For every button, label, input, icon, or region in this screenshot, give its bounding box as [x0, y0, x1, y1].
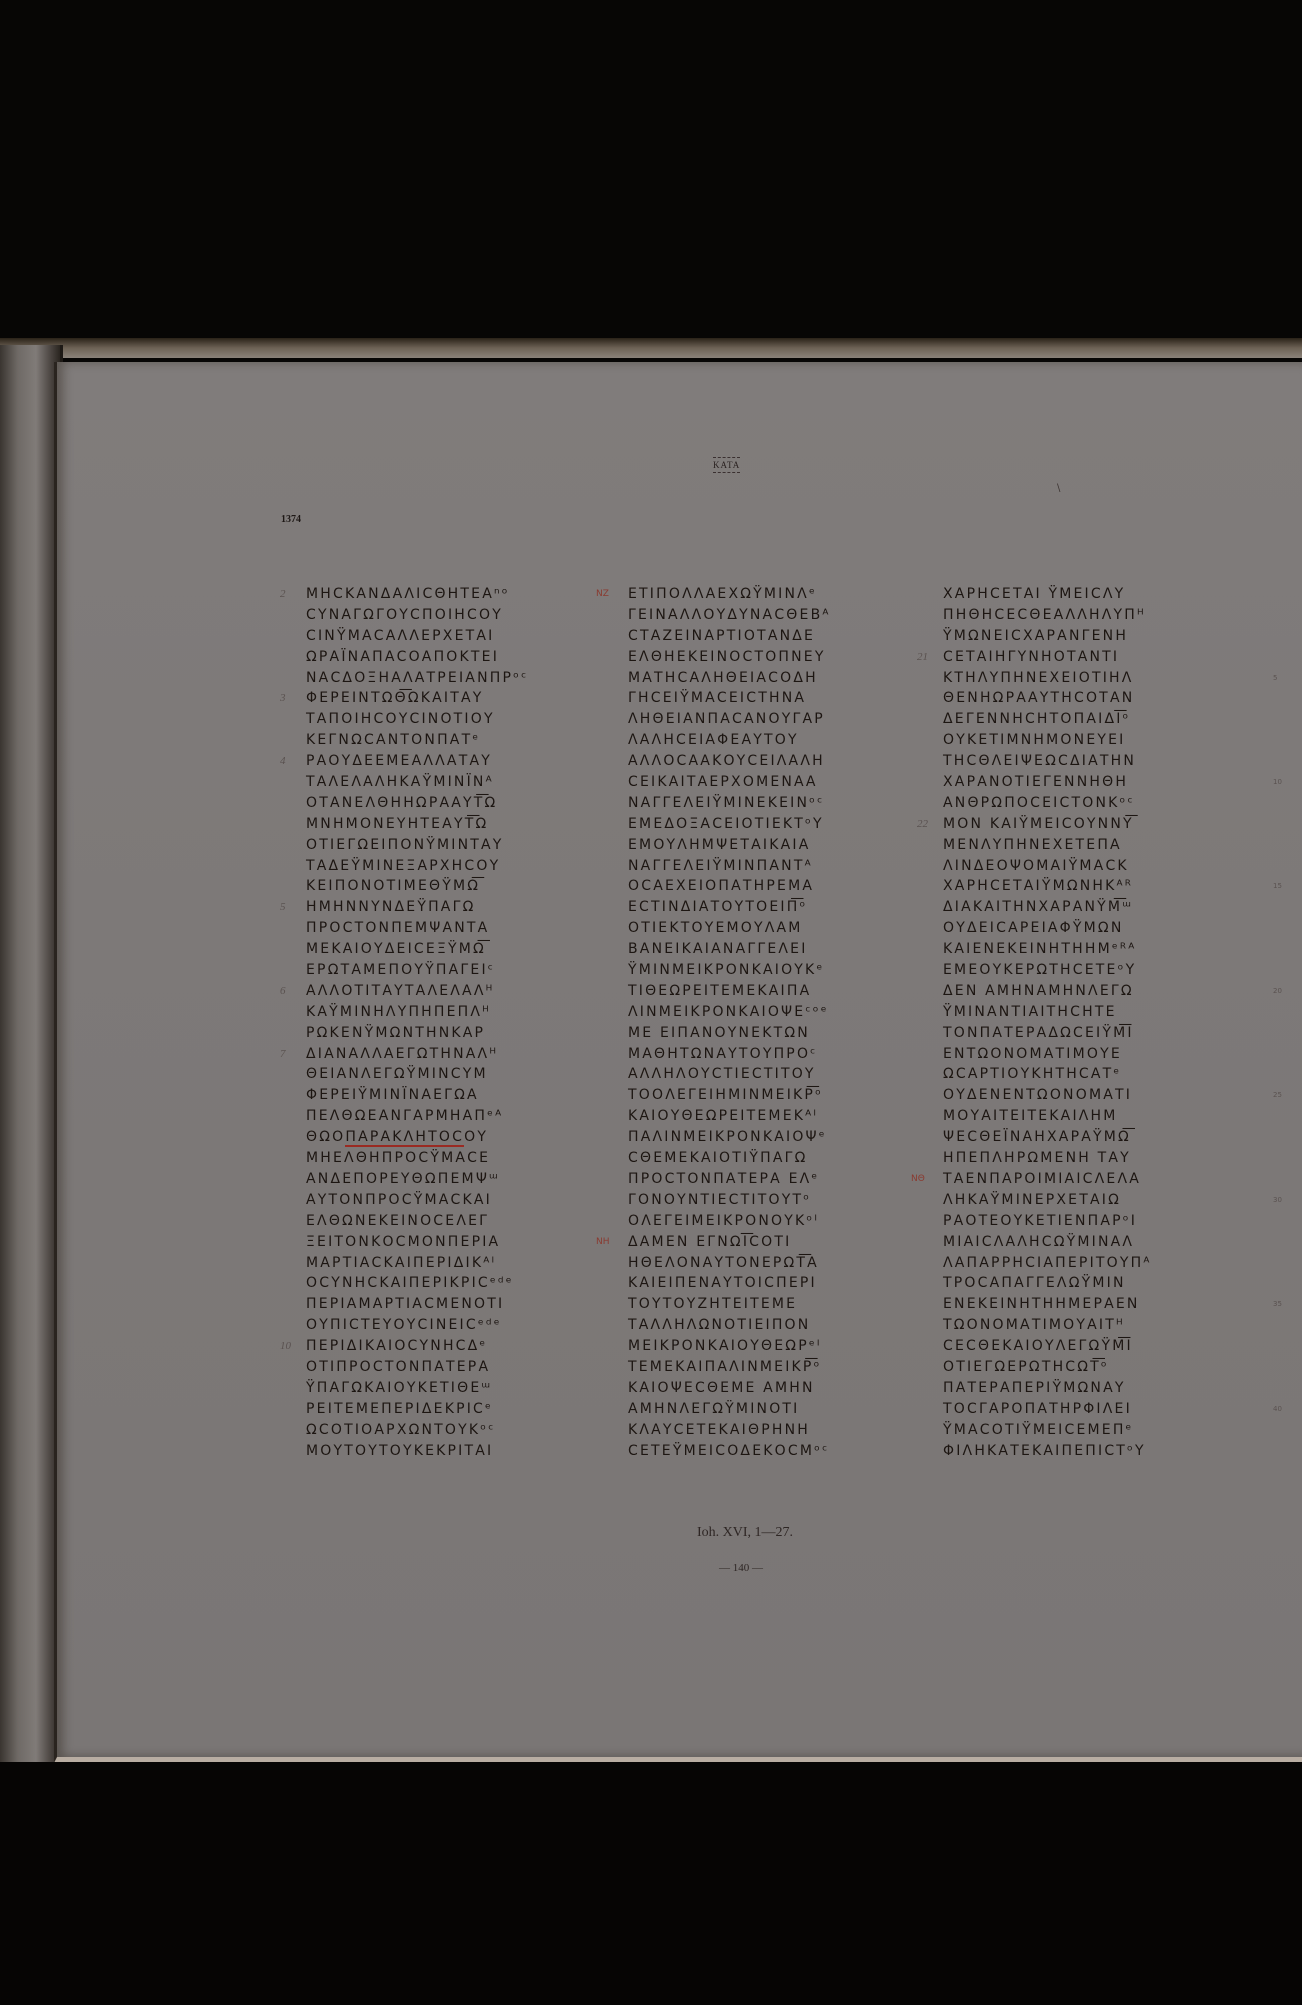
line-text: ΡΕΙΤΕΜΕΠΕΡΙΔΕΚΡΙϹᵉ	[306, 1401, 493, 1417]
verse-number: 7	[280, 1044, 286, 1065]
line-text: ΕΜΟΥΛΗΜΨΕΤΑΙΚΑΙΑ	[628, 837, 810, 853]
line-text: ΑΥΤΟΝΠΡΟϹΫΜΑϹΚΑΙ	[306, 1192, 492, 1208]
line-text: ΒΑΝΕΙΚΑΙΑΝΑΓΓΕΛΕΙ	[628, 941, 808, 957]
manuscript-line: ΤΟϹΓΑΡΟΠΑΤΗΡΦΙΛΕΙ40	[943, 1399, 1152, 1420]
manuscript-line: ΠΡΟϹΤΟΝΠΕΜΨΑΝΤΑ	[306, 918, 529, 939]
manuscript-line: ΕΜΟΥΛΗΜΨΕΤΑΙΚΑΙΑ	[628, 835, 831, 856]
margin-line-count: 20	[1273, 981, 1282, 1002]
line-text: ΕΜΕΔΟΞΑϹΕΙΟΤΙΕΚΤᵒΥ	[628, 816, 824, 832]
manuscript-line: ΩϹΑΡΤΙΟΥΚΗΤΗϹΑΤᵉ	[943, 1064, 1152, 1085]
manuscript-line: ΟϹΑΕΧΕΙΟΠΑΤΗΡΕΜΑ	[628, 876, 831, 897]
manuscript-line: ΜΝΗΜΟΝΕΥΗΤΕΑΥΤ͞Ω	[306, 814, 529, 835]
line-text: ϹΕΤΑΙΗΓΥΝΗΟΤΑΝΤΙ	[943, 649, 1119, 665]
manuscript-line: ΫΠΑΓΩΚΑΙΟΥΚΕΤΙΘΕᵚ	[306, 1378, 529, 1399]
line-text: ΕϹΤΙΝΔΙΑΤΟΥΤΟΕΙΠ͞ᵒ	[628, 899, 807, 915]
line-text: ΫΜΙΝΜΕΙΚΡΟΝΚΑΙΟΥΚᵉ	[628, 962, 824, 978]
manuscript-line: ΦΕΡΕΙΫΜΙΝΪΝΑΕΓΩΑ	[306, 1085, 529, 1106]
manuscript-line: ΦΙΛΗΚΑΤΕΚΑΙΠΕΠΙϹΤᵒΥ	[943, 1441, 1152, 1462]
manuscript-line: ΛΗΚΑΫΜΙΝΕΡΧΕΤΑΙΩ30	[943, 1190, 1152, 1211]
manuscript-line: 2ΜΗϹΚΑΝΔΑΛΙϹΘΗΤΕΑⁿᵒ	[306, 584, 529, 605]
line-text: ΛΙΝΜΕΙΚΡΟΝΚΑΙΟΨΕᶜᵒᵉ	[628, 1004, 829, 1020]
manuscript-line: ΠΕΡΙΑΜΑΡΤΙΑϹΜΕΝΟΤΙ	[306, 1294, 529, 1315]
manuscript-line: ΑΝΘΡΩΠΟϹΕΙϹΤΟΝΚᵒᶜ	[943, 793, 1152, 814]
line-text: ΦΕΡΕΙΫΜΙΝΪΝΑΕΓΩΑ	[306, 1087, 479, 1103]
line-text: ΤΑΠΟΙΗϹΟΥϹΙΝΟΤΙΟΥ	[306, 711, 495, 727]
manuscript-line: ΜΕΝΛΥΠΗΝΕΧΕΤΕΠΑ	[943, 835, 1152, 856]
line-text: ΝΑΓΓΕΛΕΙΫΜΙΝΕΚΕΙΝᵒᶜ	[628, 795, 825, 811]
line-text: ΛΗΘΕΙΑΝΠΑϹΑΝΟΥΓΑΡ	[628, 711, 825, 727]
manuscript-line: ΜΙΑΙϹΛΑΛΗϹΩΫΜΙΝΑΛ	[943, 1232, 1152, 1253]
line-text: ΦΙΛΗΚΑΤΕΚΑΙΠΕΠΙϹΤᵒΥ	[943, 1443, 1146, 1459]
dark-background	[0, 1762, 1302, 2005]
line-text: ΠΕΡΙΔΙΚΑΙΟϹΥΝΗϹΔᵉ	[306, 1338, 487, 1354]
line-text: ΗΜΗΝΝΥΝΔΕΫΠΑΓΩ	[306, 899, 475, 915]
text-column-2: ΝΖΕΤΙΠΟΛΛΑΕΧΩΫΜΙΝΛᵉΓΕΙΝΑΛΛΟΥΔΥΝΑϹΘΕΒᴬϹΤΑ…	[628, 584, 831, 1461]
section-marker: ΝΘ	[911, 1169, 925, 1190]
manuscript-line: ΕΡΩΤΑΜΕΠΟΥΫΠΑΓΕΙᶜ	[306, 960, 529, 981]
manuscript-line: ΗΠΕΠΛΗΡΩΜΕΝΗ ΤΑΥ	[943, 1148, 1152, 1169]
manuscript-line: ΚΕΓΝΩϹΑΝΤΟΝΠΑΤᵉ	[306, 730, 529, 751]
line-text: ΡΑΟΤΕΟΥΚΕΤΙΕΝΠΑΡᵒΙ	[943, 1213, 1137, 1229]
verse-number: 10	[280, 1336, 291, 1357]
line-text: ΟΤΙΠΡΟϹΤΟΝΠΑΤΕΡΑ	[306, 1359, 490, 1375]
line-text: ΤΡΟϹΑΠΑΓΓΕΛΩΫΜΙΝ	[943, 1275, 1126, 1291]
manuscript-line: ΩΡΑΪΝΑΠΑϹΟΑΠΟΚΤΕΙ	[306, 647, 529, 668]
manuscript-line: ΕΝΕΚΕΙΝΗΤΗΗΜΕΡΑΕΝ35	[943, 1294, 1152, 1315]
manuscript-line: ΘΕΝΗΩΡΑΑΥΤΗϹΟΤΑΝ	[943, 688, 1152, 709]
manuscript-line: ΤΑΔΕΫΜΙΝΕΞΑΡΧΗϹΟΥ	[306, 856, 529, 877]
manuscript-line: ϹΘΕΜΕΚΑΙΟΤΙΫΠΑΓΩ	[628, 1148, 831, 1169]
manuscript-line: 5ΗΜΗΝΝΥΝΔΕΫΠΑΓΩ	[306, 897, 529, 918]
line-text: ΧΑΡΗϹΕΤΑΙ ΫΜΕΙϹΛΥ	[943, 586, 1125, 602]
verse-number: 3	[280, 688, 286, 709]
manuscript-line: ΔΕΝ ΑΜΗΝΑΜΗΝΛΕΓΩ20	[943, 981, 1152, 1002]
verse-number: 22	[917, 814, 928, 835]
line-text: ΟΤΑΝΕΛΘΗΗΩΡΑΑΥΤ͞Ω	[306, 795, 497, 811]
line-text: ΔΙΑΝΑΛΛΑΕΓΩΤΗΝΑΛᴴ	[306, 1046, 498, 1062]
folio-number: 1374	[281, 514, 301, 525]
manuscript-line: ΚΑΙΟΥΘΕΩΡΕΙΤΕΜΕΚᴬᴵ	[628, 1106, 831, 1127]
manuscript-line: ΚΑΙΕΝΕΚΕΙΝΗΤΗΗΜᵉᴿᴬ	[943, 939, 1152, 960]
line-text: ΕΡΩΤΑΜΕΠΟΥΫΠΑΓΕΙᶜ	[306, 962, 495, 978]
line-text: ΚΑΫΜΙΝΗΛΥΠΗΠΕΠΛᴴ	[306, 1004, 491, 1020]
line-text: ΤΑΕΝΠΑΡΟΙΜΙΑΙϹΛΕΛΑ	[943, 1171, 1141, 1187]
manuscript-line: ΜΑΘΗΤΩΝΑΥΤΟΥΠΡΟᶜ	[628, 1044, 831, 1065]
line-text: ΘΩΟΠΑΡΑΚΛΗΤΟϹΟΥ	[306, 1129, 488, 1147]
manuscript-line: ΕΝΤΩΟΝΟΜΑΤΙΜΟΥΕ	[943, 1044, 1152, 1065]
line-text: ΗΘΕΛΟΝΑΥΤΟΝΕΡΩΤ͞Α	[628, 1255, 819, 1271]
line-text: ϹΕϹΘΕΚΑΙΟΥΛΕΓΩΫΜ͞Ι	[943, 1338, 1133, 1354]
manuscript-line: ΑΥΤΟΝΠΡΟϹΫΜΑϹΚΑΙ	[306, 1190, 529, 1211]
line-text: ΜΕ ΕΙΠΑΝΟΥΝΕΚΤΩΝ	[628, 1025, 810, 1041]
manuscript-line: 22ΜΟΝ ΚΑΙΫΜΕΙϹΟΥΝΝΥ͞	[943, 814, 1152, 835]
manuscript-line: ΓΕΙΝΑΛΛΟΥΔΥΝΑϹΘΕΒᴬ	[628, 605, 831, 626]
manuscript-line: ΝΖΕΤΙΠΟΛΛΑΕΧΩΫΜΙΝΛᵉ	[628, 584, 831, 605]
manuscript-line: ΤΑΛΕΛΑΛΗΚΑΫΜΙΝΪΝᴬ	[306, 772, 529, 793]
manuscript-line: ΔΕΓΕΝΝΗϹΗΤΟΠΑΙΔΙ͞ᵒ	[943, 709, 1152, 730]
line-text: ΟΤΙΕΓΩΕΡΩΤΗϹΩΤ͞ᵒ	[943, 1359, 1109, 1375]
margin-line-count: 35	[1273, 1294, 1282, 1315]
line-text: ΜΝΗΜΟΝΕΥΗΤΕΑΥΤ͞Ω	[306, 816, 488, 832]
manuscript-line: ΗΘΕΛΟΝΑΥΤΟΝΕΡΩΤ͞Α	[628, 1253, 831, 1274]
manuscript-line: ΚΑΫΜΙΝΗΛΥΠΗΠΕΠΛᴴ	[306, 1002, 529, 1023]
manuscript-line: ΑΛΛΟϹΑΑΚΟΥϹΕΙΛΑΛΗ	[628, 751, 831, 772]
manuscript-line: ΤΑΛΛΗΛΩΝΟΤΙΕΙΠΟΝ	[628, 1315, 831, 1336]
margin-line-count: 5	[1273, 668, 1277, 689]
manuscript-line: ϹΕϹΘΕΚΑΙΟΥΛΕΓΩΫΜ͞Ι	[943, 1336, 1152, 1357]
manuscript-line: ΫΜΑϹΟΤΙΫΜΕΙϹΕΜΕΠᵉ	[943, 1420, 1152, 1441]
line-text: ΘΕΙΑΝΛΕΓΩΫΜΙΝϹΥΜ	[306, 1066, 488, 1082]
manuscript-line: ϹΥΝΑΓΩΓΟΥϹΠΟΙΗϹΟΥ	[306, 605, 529, 626]
line-text: ΑΝΘΡΩΠΟϹΕΙϹΤΟΝΚᵒᶜ	[943, 795, 1135, 811]
line-text: ΨΕϹΘΕΪΝΑΗΧΑΡΑΫΜΩ͞	[943, 1129, 1131, 1145]
manuscript-line: ΜΕ ΕΙΠΑΝΟΥΝΕΚΤΩΝ	[628, 1023, 831, 1044]
manuscript-line: ΟΥΚΕΤΙΜΝΗΜΟΝΕΥΕΙ	[943, 730, 1152, 751]
manuscript-line: ϹΕΤΕΫΜΕΙϹΟΔΕΚΟϹΜᵒᶜ	[628, 1441, 831, 1462]
manuscript-line: ΛΙΝΔΕΟΨΟΜΑΙΫΜΑϹΚ	[943, 856, 1152, 877]
rubric-underline: ΠΑΡΑΚΛΗΤΟϹ	[345, 1129, 464, 1147]
line-text: ΟΥΚΕΤΙΜΝΗΜΟΝΕΥΕΙ	[943, 732, 1126, 748]
manuscript-line: 10ΠΕΡΙΔΙΚΑΙΟϹΥΝΗϹΔᵉ	[306, 1336, 529, 1357]
manuscript-line: ϹΤΑΖΕΙΝΑΡΤΙΟΤΑΝΔΕ	[628, 626, 831, 647]
manuscript-line: ΝΑϹΔΟΞΗΑΛΑΤΡΕΙΑΝΠΡᵒᶜ	[306, 668, 529, 689]
manuscript-line: ΤΟΝΠΑΤΕΡΑΔΩϹΕΙΫΜ͞Ι	[943, 1023, 1152, 1044]
manuscript-line: ΤΗϹΘΛΕΙΨΕΩϹΔΙΑΤΗΝ	[943, 751, 1152, 772]
manuscript-line: ΟΥΔΕΙϹΑΡΕΙΑΦΫΜΩΝ	[943, 918, 1152, 939]
line-text: ΑΛΛΟΤΙΤΑΥΤΑΛΕΛΑΛᴴ	[306, 983, 494, 999]
line-text: ΚΤΗΛΥΠΗΝΕΧΕΙΟΤΙΗΛ	[943, 670, 1134, 686]
manuscript-line: ΡΑΟΤΕΟΥΚΕΤΙΕΝΠΑΡᵒΙ	[943, 1211, 1152, 1232]
verse-number: 2	[280, 584, 286, 605]
line-text: ΝΑϹΔΟΞΗΑΛΑΤΡΕΙΑΝΠΡᵒᶜ	[306, 670, 529, 686]
manuscript-line: ΟΥΔΕΝΕΝΤΩΟΝΟΜΑΤΙ25	[943, 1085, 1152, 1106]
manuscript-line: ΛΙΝΜΕΙΚΡΟΝΚΑΙΟΨΕᶜᵒᵉ	[628, 1002, 831, 1023]
manuscript-line: ΕϹΤΙΝΔΙΑΤΟΥΤΟΕΙΠ͞ᵒ	[628, 897, 831, 918]
line-text: ΗΠΕΠΛΗΡΩΜΕΝΗ ΤΑΥ	[943, 1150, 1131, 1166]
manuscript-line: ΠΗΘΗϹΕϹΘΕΑΛΛΗΛΥΠᴴ	[943, 605, 1152, 626]
line-text: ΟΛΕΓΕΙΜΕΙΚΡΟΝΟΥΚᵒᴵ	[628, 1213, 819, 1229]
manuscript-line: ΧΑΡΑΝΟΤΙΕΓΕΝΝΗΘΗ10	[943, 772, 1152, 793]
manuscript-line: ΫΜΩΝΕΙϹΧΑΡΑΝΓΕΝΗ	[943, 626, 1152, 647]
line-text: ΚΑΙΟΥΘΕΩΡΕΙΤΕΜΕΚᴬᴵ	[628, 1108, 818, 1124]
line-text: ΜΕΚΑΙΟΥΔΕΙϹΕΞΫΜΩ͞	[306, 941, 486, 957]
line-text: ΤΙΘΕΩΡΕΙΤΕΜΕΚΑΙΠΑ	[628, 983, 811, 999]
manuscript-line: ΓΗϹΕΙΫΜΑϹΕΙϹΤΗΝΑ	[628, 688, 831, 709]
line-text: ΠΑΤΕΡΑΠΕΡΙΫΜΩΝΑΥ	[943, 1380, 1126, 1396]
manuscript-line: ΜΟΥΤΟΥΤΟΥΚΕΚΡΙΤΑΙ	[306, 1441, 529, 1462]
line-text: ΟΥΠΙϹΤΕΥΟΥϹΙΝΕΙϹᵉᵈᵉ	[306, 1317, 502, 1333]
line-text: ΘΕΝΗΩΡΑΑΥΤΗϹΟΤΑΝ	[943, 690, 1134, 706]
manuscript-line: ϹΕΙΚΑΙΤΑΕΡΧΟΜΕΝΑΑ	[628, 772, 831, 793]
line-text: ΠΡΟϹΤΟΝΠΑΤΕΡΑ ΕΛᵉ	[628, 1171, 819, 1187]
manuscript-line: ΝΘΤΑΕΝΠΑΡΟΙΜΙΑΙϹΛΕΛΑ	[943, 1169, 1152, 1190]
line-text: ΟΤΙΕΓΩΕΙΠΟΝΫΜΙΝΤΑΥ	[306, 837, 504, 853]
verse-number: 6	[280, 981, 286, 1002]
line-text: ΚΑΙΕΙΠΕΝΑΥΤΟΙϹΠΕΡΙ	[628, 1275, 817, 1291]
manuscript-line: ΚΤΗΛΥΠΗΝΕΧΕΙΟΤΙΗΛ5	[943, 668, 1152, 689]
line-text: ΓΟΝΟΥΝΤΙΕϹΤΙΤΟΥΤᵒ	[628, 1192, 811, 1208]
line-text: ΚΑΙΕΝΕΚΕΙΝΗΤΗΗΜᵉᴿᴬ	[943, 941, 1136, 957]
manuscript-line: ΛΑΠΑΡΡΗϹΙΑΠΕΡΙΤΟΥΠᴬ	[943, 1253, 1152, 1274]
manuscript-line: ΨΕϹΘΕΪΝΑΗΧΑΡΑΫΜΩ͞	[943, 1127, 1152, 1148]
margin-mark: \	[1057, 483, 1060, 494]
line-text: ΠΕΡΙΑΜΑΡΤΙΑϹΜΕΝΟΤΙ	[306, 1296, 504, 1312]
margin-line-count: 40	[1273, 1399, 1282, 1420]
manuscript-line: ΤΩΟΝΟΜΑΤΙΜΟΥΑΙΤᴴ	[943, 1315, 1152, 1336]
manuscript-line: 7ΔΙΑΝΑΛΛΑΕΓΩΤΗΝΑΛᴴ	[306, 1044, 529, 1065]
line-text: ΡΑΟΥΔΕΕΜΕΑΛΛΑΤΑΥ	[306, 753, 492, 769]
book-top-edge	[0, 338, 1302, 358]
line-text: ΓΕΙΝΑΛΛΟΥΔΥΝΑϹΘΕΒᴬ	[628, 607, 831, 623]
line-text: ΜΑΤΗϹΑΛΗΘΕΙΑϹΟΔΗ	[628, 670, 818, 686]
line-text: ΜΕΙΚΡΟΝΚΑΙΟΥΘΕΩΡᵉᴵ	[628, 1338, 822, 1354]
line-text: ΜΗϹΚΑΝΔΑΛΙϹΘΗΤΕΑⁿᵒ	[306, 586, 510, 602]
line-text: ΑΝΔΕΠΟΡΕΥΘΩΠΕΜΨᵚ	[306, 1171, 500, 1187]
section-marker: ΝΗ	[596, 1232, 610, 1253]
manuscript-line: ΧΑΡΗϹΕΤΑΙΫΜΩΝΗΚᴬᴿ15	[943, 876, 1152, 897]
line-text: ΔΕΝ ΑΜΗΝΑΜΗΝΛΕΓΩ	[943, 983, 1134, 999]
line-text: ΤΟΥΤΟΥΖΗΤΕΙΤΕΜΕ	[628, 1296, 797, 1312]
line-text: ΜΟΝ ΚΑΙΫΜΕΙϹΟΥΝΝΥ͞	[943, 816, 1134, 832]
verse-number: 4	[280, 751, 286, 772]
line-text: ΤΗϹΘΛΕΙΨΕΩϹΔΙΑΤΗΝ	[943, 753, 1136, 769]
line-text: ΫΜΑϹΟΤΙΫΜΕΙϹΕΜΕΠᵉ	[943, 1422, 1134, 1438]
line-text: ΛΙΝΔΕΟΨΟΜΑΙΫΜΑϹΚ	[943, 858, 1129, 874]
manuscript-line: ΤΡΟϹΑΠΑΓΓΕΛΩΫΜΙΝ	[943, 1273, 1152, 1294]
margin-line-count: 15	[1273, 876, 1282, 897]
verse-number: 5	[280, 897, 286, 918]
manuscript-line: ΜΑΡΤΙΑϹΚΑΙΠΕΡΙΔΙΚᴬᴵ	[306, 1253, 529, 1274]
text-column-3: ΧΑΡΗϹΕΤΑΙ ΫΜΕΙϹΛΥΠΗΘΗϹΕϹΘΕΑΛΛΗΛΥΠᴴΫΜΩΝΕΙ…	[943, 584, 1152, 1461]
manuscript-line: ΫΜΙΝΑΝΤΙΑΙΤΗϹΗΤΕ	[943, 1002, 1152, 1023]
manuscript-line: ΕΜΕΔΟΞΑϹΕΙΟΤΙΕΚΤᵒΥ	[628, 814, 831, 835]
line-text: ΟΤΙΕΚΤΟΥΕΜΟΥΛΑΜ	[628, 920, 803, 936]
manuscript-line: ΟΤΙΕΚΤΟΥΕΜΟΥΛΑΜ	[628, 918, 831, 939]
manuscript-line: ΝΑΓΓΕΛΕΙΫΜΙΝΕΚΕΙΝᵒᶜ	[628, 793, 831, 814]
line-text: ΜΟΥΤΟΥΤΟΥΚΕΚΡΙΤΑΙ	[306, 1443, 493, 1459]
manuscript-line: ΟΤΑΝΕΛΘΗΗΩΡΑΑΥΤ͞Ω	[306, 793, 529, 814]
manuscript-line: ΛΑΛΗϹΕΙΑΦΕΑΥΤΟΥ	[628, 730, 831, 751]
margin-line-count: 25	[1273, 1085, 1282, 1106]
line-text: ΚΕΙΠΟΝΟΤΙΜΕΘΫΜΩ͞	[306, 878, 480, 894]
line-text: ΤΩΟΝΟΜΑΤΙΜΟΥΑΙΤᴴ	[943, 1317, 1125, 1333]
manuscript-line: ΡΩΚΕΝΫΜΩΝΤΗΝΚΑΡ	[306, 1023, 529, 1044]
manuscript-line: ΟϹΥΝΗϹΚΑΙΠΕΡΙΚΡΙϹᵉᵈᵉ	[306, 1273, 529, 1294]
manuscript-line: ΜΟΥΑΙΤΕΙΤΕΚΑΙΛΗΜ	[943, 1106, 1152, 1127]
line-text: ΜΙΑΙϹΛΑΛΗϹΩΫΜΙΝΑΛ	[943, 1234, 1134, 1250]
line-text: ΕΛΘΩΝΕΚΕΙΝΟϹΕΛΕΓ	[306, 1213, 489, 1229]
manuscript-line: ΠΡΟϹΤΟΝΠΑΤΕΡΑ ΕΛᵉ	[628, 1169, 831, 1190]
line-text: ΝΑΓΓΕΛΕΙΫΜΙΝΠΑΝΤᴬ	[628, 858, 813, 874]
line-text: ΤΟϹΓΑΡΟΠΑΤΗΡΦΙΛΕΙ	[943, 1401, 1132, 1417]
line-text: ΛΗΚΑΫΜΙΝΕΡΧΕΤΑΙΩ	[943, 1192, 1121, 1208]
line-text: ΔΑΜΕΝ ΕΓΝΩΙ͞ϹΟΤΙ	[628, 1234, 791, 1250]
manuscript-line: ΟΤΙΠΡΟϹΤΟΝΠΑΤΕΡΑ	[306, 1357, 529, 1378]
line-text: ΡΩΚΕΝΫΜΩΝΤΗΝΚΑΡ	[306, 1025, 485, 1041]
line-text: ΤΟΟΛΕΓΕΙΗΜΙΝΜΕΙΚΡ͞ᵒ	[628, 1087, 823, 1103]
manuscript-line: ΡΕΙΤΕΜΕΠΕΡΙΔΕΚΡΙϹᵉ	[306, 1399, 529, 1420]
scripture-reference: Ioh. XVI, 1—27.	[697, 1525, 793, 1541]
manuscript-line: ΕΛΘΗΕΚΕΙΝΟϹΤΟΠΝΕΥ	[628, 647, 831, 668]
manuscript-line: ΫΜΙΝΜΕΙΚΡΟΝΚΑΙΟΥΚᵉ	[628, 960, 831, 981]
manuscript-line: ΒΑΝΕΙΚΑΙΑΝΑΓΓΕΛΕΙ	[628, 939, 831, 960]
line-text: ΛΑΠΑΡΡΗϹΙΑΠΕΡΙΤΟΥΠᴬ	[943, 1255, 1152, 1271]
line-text: ΟΥΔΕΝΕΝΤΩΟΝΟΜΑΤΙ	[943, 1087, 1132, 1103]
line-text: ϹΘΕΜΕΚΑΙΟΤΙΫΠΑΓΩ	[628, 1150, 808, 1166]
line-text: ΠΡΟϹΤΟΝΠΕΜΨΑΝΤΑ	[306, 920, 489, 936]
line-text: ΕΝΕΚΕΙΝΗΤΗΗΜΕΡΑΕΝ	[943, 1296, 1140, 1312]
line-text: ΛΑΛΗϹΕΙΑΦΕΑΥΤΟΥ	[628, 732, 799, 748]
line-text: ΜΑΡΤΙΑϹΚΑΙΠΕΡΙΔΙΚᴬᴵ	[306, 1255, 496, 1271]
manuscript-line: ΝΑΓΓΕΛΕΙΫΜΙΝΠΑΝΤᴬ	[628, 856, 831, 877]
page-number-footer: — 140 —	[719, 1562, 763, 1574]
line-text: ΟϹΑΕΧΕΙΟΠΑΤΗΡΕΜΑ	[628, 878, 814, 894]
manuscript-line: ΚΑΙΟΨΕϹΘΕΜΕ ΑΜΗΝ	[628, 1378, 831, 1399]
line-text: ΞΕΙΤΟΝΚΟϹΜΟΝΠΕΡΙΑ	[306, 1234, 500, 1250]
manuscript-line: ϹΙΝΫΜΑϹΑΛΛΕΡΧΕΤΑΙ	[306, 626, 529, 647]
line-text: ΤΑΔΕΫΜΙΝΕΞΑΡΧΗϹΟΥ	[306, 858, 500, 874]
line-text: ΧΑΡΗϹΕΤΑΙΫΜΩΝΗΚᴬᴿ	[943, 878, 1133, 894]
line-text: ΚΕΓΝΩϹΑΝΤΟΝΠΑΤᵉ	[306, 732, 480, 748]
manuscript-line: ΝΗΔΑΜΕΝ ΕΓΝΩΙ͞ϹΟΤΙ	[628, 1232, 831, 1253]
line-text: ΫΜΩΝΕΙϹΧΑΡΑΝΓΕΝΗ	[943, 628, 1128, 644]
manuscript-line: ΜΑΤΗϹΑΛΗΘΕΙΑϹΟΔΗ	[628, 668, 831, 689]
manuscript-line: ΑΜΗΝΛΕΓΩΫΜΙΝΟΤΙ	[628, 1399, 831, 1420]
manuscript-line: ΤΑΠΟΙΗϹΟΥϹΙΝΟΤΙΟΥ	[306, 709, 529, 730]
margin-line-count: 30	[1273, 1190, 1282, 1211]
manuscript-line: ΜΕΚΑΙΟΥΔΕΙϹΕΞΫΜΩ͞	[306, 939, 529, 960]
section-marker: ΝΖ	[596, 584, 609, 605]
manuscript-line: ΤΟΥΤΟΥΖΗΤΕΙΤΕΜΕ	[628, 1294, 831, 1315]
line-text: ΤΕΜΕΚΑΙΠΑΛΙΝΜΕΙΚΡ͞ᵒ	[628, 1359, 822, 1375]
manuscript-line: ΩϹΟΤΙΟΑΡΧΩΝΤΟΥΚᵒᶜ	[306, 1420, 529, 1441]
manuscript-line: 4ΡΑΟΥΔΕΕΜΕΑΛΛΑΤΑΥ	[306, 751, 529, 772]
line-text: ΜΟΥΑΙΤΕΙΤΕΚΑΙΛΗΜ	[943, 1108, 1118, 1124]
manuscript-line: ΜΕΙΚΡΟΝΚΑΙΟΥΘΕΩΡᵉᴵ	[628, 1336, 831, 1357]
line-text: ΧΑΡΑΝΟΤΙΕΓΕΝΝΗΘΗ	[943, 774, 1128, 790]
manuscript-line: ΛΗΘΕΙΑΝΠΑϹΑΝΟΥΓΑΡ	[628, 709, 831, 730]
line-text: ϹΕΙΚΑΙΤΑΕΡΧΟΜΕΝΑΑ	[628, 774, 818, 790]
manuscript-line: ΠΑΛΙΝΜΕΙΚΡΟΝΚΑΙΟΨᵉ	[628, 1127, 831, 1148]
manuscript-line: ΚΕΙΠΟΝΟΤΙΜΕΘΫΜΩ͞	[306, 876, 529, 897]
line-text: ΟϹΥΝΗϹΚΑΙΠΕΡΙΚΡΙϹᵉᵈᵉ	[306, 1275, 514, 1291]
running-header: ΚΑΤΑ	[713, 460, 740, 470]
manuscript-line: ΚΛΑΥϹΕΤΕΚΑΙΘΡΗΝΗ	[628, 1420, 831, 1441]
manuscript-line: 3ΦΕΡΕΙΝΤΩΘ͞ΩΚΑΙΤΑΥ	[306, 688, 529, 709]
text-column-1: 2ΜΗϹΚΑΝΔΑΛΙϹΘΗΤΕΑⁿᵒϹΥΝΑΓΩΓΟΥϹΠΟΙΗϹΟΥϹΙΝΫ…	[306, 584, 529, 1461]
manuscript-line: ΧΑΡΗϹΕΤΑΙ ΫΜΕΙϹΛΥ	[943, 584, 1152, 605]
manuscript-line: ΚΑΙΕΙΠΕΝΑΥΤΟΙϹΠΕΡΙ	[628, 1273, 831, 1294]
manuscript-line: ΔΙΑΚΑΙΤΗΝΧΑΡΑΝΫΜ͞ᵚ	[943, 897, 1152, 918]
manuscript-line: ΞΕΙΤΟΝΚΟϹΜΟΝΠΕΡΙΑ	[306, 1232, 529, 1253]
manuscript-line: ΟΛΕΓΕΙΜΕΙΚΡΟΝΟΥΚᵒᴵ	[628, 1211, 831, 1232]
line-text: ϹΕΤΕΫΜΕΙϹΟΔΕΚΟϹΜᵒᶜ	[628, 1443, 829, 1459]
manuscript-line: ΤΕΜΕΚΑΙΠΑΛΙΝΜΕΙΚΡ͞ᵒ	[628, 1357, 831, 1378]
line-text: ΠΕΛΘΩΕΑΝΓΑΡΜΗΑΠᵉᴬ	[306, 1108, 503, 1124]
line-text: ϹΙΝΫΜΑϹΑΛΛΕΡΧΕΤΑΙ	[306, 628, 494, 644]
line-text: ΜΗΕΛΘΗΠΡΟϹΫΜΑϹΕ	[306, 1150, 490, 1166]
line-text: ΚΑΙΟΨΕϹΘΕΜΕ ΑΜΗΝ	[628, 1380, 815, 1396]
line-text: ΕΝΤΩΟΝΟΜΑΤΙΜΟΥΕ	[943, 1046, 1122, 1062]
line-text: ΓΗϹΕΙΫΜΑϹΕΙϹΤΗΝΑ	[628, 690, 806, 706]
manuscript-line: 21ϹΕΤΑΙΗΓΥΝΗΟΤΑΝΤΙ	[943, 647, 1152, 668]
manuscript-line: ΘΕΙΑΝΛΕΓΩΫΜΙΝϹΥΜ	[306, 1064, 529, 1085]
manuscript-line: ΠΕΛΘΩΕΑΝΓΑΡΜΗΑΠᵉᴬ	[306, 1106, 529, 1127]
line-text: ΑΛΛΟϹΑΑΚΟΥϹΕΙΛΑΛΗ	[628, 753, 825, 769]
line-text: ΜΑΘΗΤΩΝΑΥΤΟΥΠΡΟᶜ	[628, 1046, 818, 1062]
line-text: ΤΑΛΛΗΛΩΝΟΤΙΕΙΠΟΝ	[628, 1317, 810, 1333]
manuscript-line: ΤΟΟΛΕΓΕΙΗΜΙΝΜΕΙΚΡ͞ᵒ	[628, 1085, 831, 1106]
line-text: ΕΤΙΠΟΛΛΑΕΧΩΫΜΙΝΛᵉ	[628, 586, 817, 602]
manuscript-line: 6ΑΛΛΟΤΙΤΑΥΤΑΛΕΛΑΛᴴ	[306, 981, 529, 1002]
line-text: ΟΥΔΕΙϹΑΡΕΙΑΦΫΜΩΝ	[943, 920, 1124, 936]
line-text: ΫΜΙΝΑΝΤΙΑΙΤΗϹΗΤΕ	[943, 1004, 1117, 1020]
manuscript-line: ΕΜΕΟΥΚΕΡΩΤΗϹΕΤΕᵒΥ	[943, 960, 1152, 981]
manuscript-line: ΠΑΤΕΡΑΠΕΡΙΫΜΩΝΑΥ	[943, 1378, 1152, 1399]
manuscript-line: ΟΥΠΙϹΤΕΥΟΥϹΙΝΕΙϹᵉᵈᵉ	[306, 1315, 529, 1336]
line-text: ΦΕΡΕΙΝΤΩΘ͞ΩΚΑΙΤΑΥ	[306, 690, 484, 706]
manuscript-line: ΘΩΟΠΑΡΑΚΛΗΤΟϹΟΥ	[306, 1127, 529, 1148]
manuscript-line: ΟΤΙΕΓΩΕΡΩΤΗϹΩΤ͞ᵒ	[943, 1357, 1152, 1378]
line-text: ΑΜΗΝΛΕΓΩΫΜΙΝΟΤΙ	[628, 1401, 800, 1417]
line-text: ΤΑΛΕΛΑΛΗΚΑΫΜΙΝΪΝᴬ	[306, 774, 494, 790]
manuscript-line: ΜΗΕΛΘΗΠΡΟϹΫΜΑϹΕ	[306, 1148, 529, 1169]
line-text: ΚΛΑΥϹΕΤΕΚΑΙΘΡΗΝΗ	[628, 1422, 810, 1438]
line-text: ΑΛΛΗΛΟΥϹΤΙΕϹΤΙΤΟΥ	[628, 1066, 816, 1082]
margin-line-count: 10	[1273, 772, 1282, 793]
manuscript-line: ΤΙΘΕΩΡΕΙΤΕΜΕΚΑΙΠΑ	[628, 981, 831, 1002]
line-text: ΔΙΑΚΑΙΤΗΝΧΑΡΑΝΫΜ͞ᵚ	[943, 899, 1133, 915]
verse-number: 21	[917, 647, 928, 668]
line-text: ϹΥΝΑΓΩΓΟΥϹΠΟΙΗϹΟΥ	[306, 607, 503, 623]
line-text: ΩϹΑΡΤΙΟΥΚΗΤΗϹΑΤᵉ	[943, 1066, 1121, 1082]
line-text: ϹΤΑΖΕΙΝΑΡΤΙΟΤΑΝΔΕ	[628, 628, 815, 644]
manuscript-line: ΓΟΝΟΥΝΤΙΕϹΤΙΤΟΥΤᵒ	[628, 1190, 831, 1211]
line-text: ΩϹΟΤΙΟΑΡΧΩΝΤΟΥΚᵒᶜ	[306, 1422, 496, 1438]
line-text: ΠΗΘΗϹΕϹΘΕΑΛΛΗΛΥΠᴴ	[943, 607, 1146, 623]
manuscript-line: ΕΛΘΩΝΕΚΕΙΝΟϹΕΛΕΓ	[306, 1211, 529, 1232]
line-text: ΕΜΕΟΥΚΕΡΩΤΗϹΕΤΕᵒΥ	[943, 962, 1136, 978]
manuscript-line: ΑΛΛΗΛΟΥϹΤΙΕϹΤΙΤΟΥ	[628, 1064, 831, 1085]
line-text: ΕΛΘΗΕΚΕΙΝΟϹΤΟΠΝΕΥ	[628, 649, 826, 665]
line-text: ΔΕΓΕΝΝΗϹΗΤΟΠΑΙΔΙ͞ᵒ	[943, 711, 1131, 727]
line-text: ΜΕΝΛΥΠΗΝΕΧΕΤΕΠΑ	[943, 837, 1122, 853]
line-text: ΠΑΛΙΝΜΕΙΚΡΟΝΚΑΙΟΨᵉ	[628, 1129, 827, 1145]
line-text: ΩΡΑΪΝΑΠΑϹΟΑΠΟΚΤΕΙ	[306, 649, 499, 665]
manuscript-line: ΑΝΔΕΠΟΡΕΥΘΩΠΕΜΨᵚ	[306, 1169, 529, 1190]
line-text: ΤΟΝΠΑΤΕΡΑΔΩϹΕΙΫΜ͞Ι	[943, 1025, 1134, 1041]
line-text: ΫΠΑΓΩΚΑΙΟΥΚΕΤΙΘΕᵚ	[306, 1380, 492, 1396]
manuscript-line: ΟΤΙΕΓΩΕΙΠΟΝΫΜΙΝΤΑΥ	[306, 835, 529, 856]
